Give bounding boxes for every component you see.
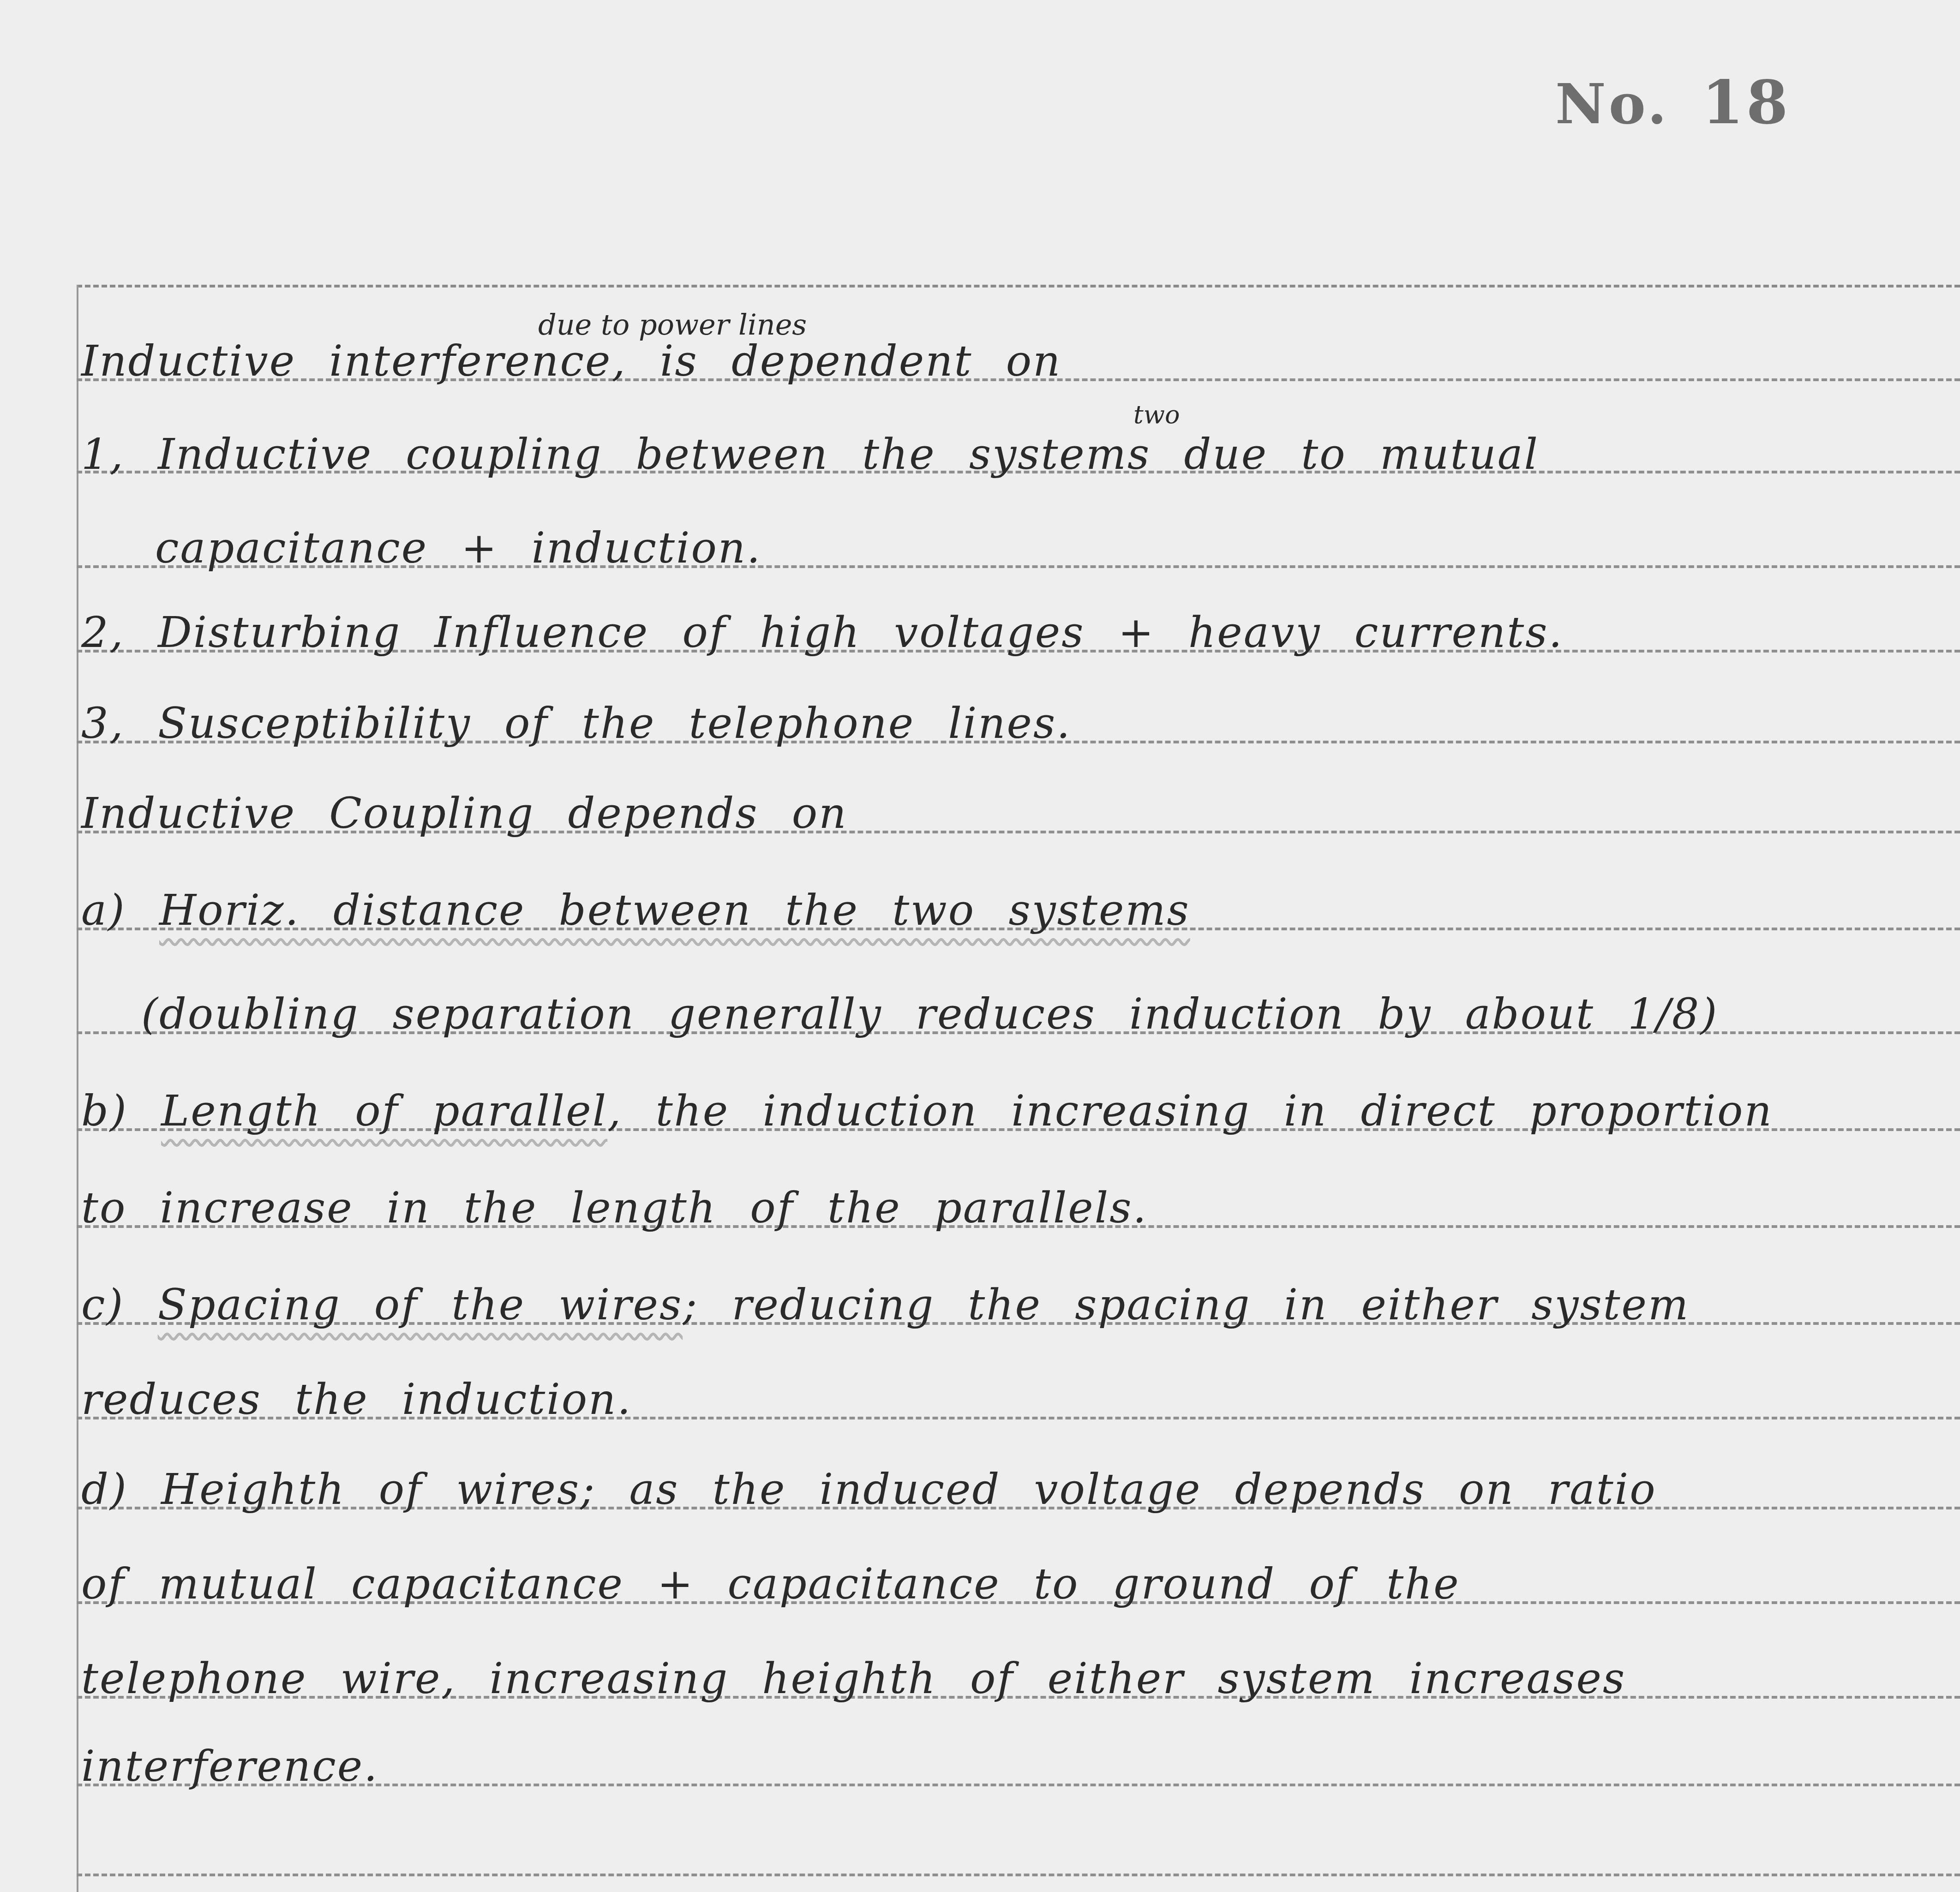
item-b-prefix: b)	[81, 1086, 161, 1136]
list-item-1: 1, Inductive coupling between the system…	[81, 433, 1539, 476]
item-b-text: , the induction increasing in direct pro…	[607, 1086, 1773, 1136]
left-margin-line	[77, 285, 78, 1892]
page-number-value: 18	[1702, 67, 1791, 138]
list-item-d-cont-3: interference.	[81, 1745, 378, 1788]
item-c-underlined: Spacing of the wires	[158, 1280, 683, 1329]
list-item-c-cont: reduces the induction.	[81, 1378, 632, 1421]
list-item-d-cont-2: telephone wire, increasing heighth of ei…	[81, 1658, 1626, 1700]
item-b-underlined: Length of parallel	[161, 1086, 607, 1136]
list-item-c: c) Spacing of the wires; reducing the sp…	[81, 1284, 1690, 1326]
list-item-2: 2, Disturbing Influence of high voltages…	[81, 611, 1564, 654]
item-a-underlined: Horiz. distance between the two systems	[159, 886, 1190, 935]
insert-two: two	[1133, 400, 1180, 429]
item-c-prefix: c)	[81, 1280, 158, 1329]
list-item-b-cont: to increase in the length of the paralle…	[81, 1187, 1148, 1229]
heading-inductive-coupling: Inductive Coupling depends on	[81, 792, 847, 835]
list-item-a: a) Horiz. distance between the two syste…	[81, 889, 1190, 932]
list-item-a-note: (doubling separation generally reduces i…	[141, 993, 1718, 1036]
page-number-label: No.	[1555, 72, 1669, 137]
ruled-sheet: due to power lines two Inductive interfe…	[77, 285, 1960, 1892]
list-item-1-cont: capacitance + induction.	[155, 527, 761, 569]
list-item-d-cont-1: of mutual capacitance + capacitance to g…	[81, 1563, 1460, 1605]
list-item-3: 3, Susceptibility of the telephone lines…	[81, 702, 1071, 745]
item-a-prefix: a)	[81, 886, 159, 935]
top-border	[77, 285, 1960, 287]
list-item-d: d) Heighth of wires; as the induced volt…	[81, 1468, 1657, 1511]
page-number-stamp: No.18	[1555, 67, 1791, 138]
list-item-b: b) Length of parallel, the induction inc…	[81, 1090, 1773, 1132]
item-c-text: ; reducing the spacing in either system	[683, 1280, 1690, 1329]
ruled-line	[77, 1874, 1960, 1876]
heading-inductive-interference: Inductive interference, is dependent on	[81, 340, 1061, 383]
